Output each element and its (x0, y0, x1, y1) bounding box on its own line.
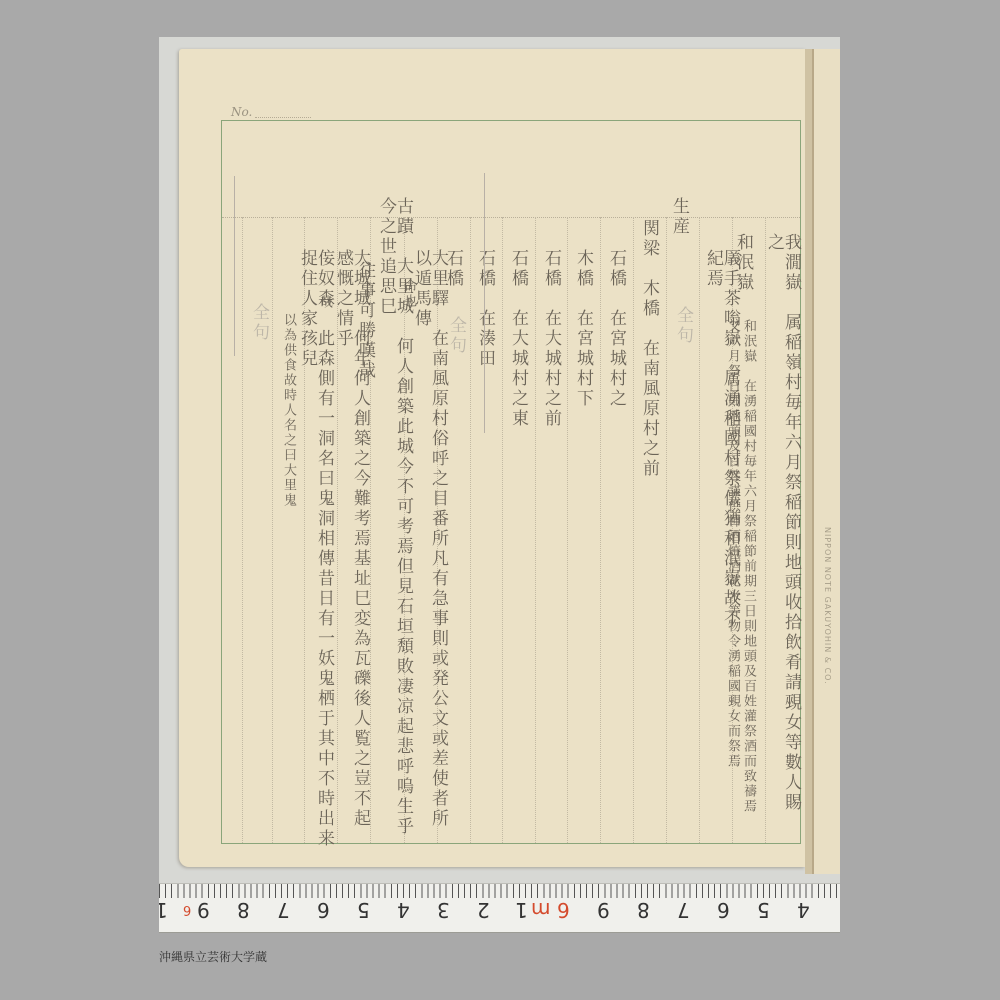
column-rule (502, 217, 503, 843)
ruler-number: 7 (277, 898, 290, 922)
ruled-frame: 我㵎嶽 属稲嶺村毎年六月祭稲節則地頭收拾飲肴請覡女等數人賜之 和泯嶽 和泯嶽 在… (221, 120, 801, 844)
ruler-number: 6 (317, 898, 330, 922)
text-column: 大里驛 在南風原村俗呼之目番所凡有急事則或発公文或差使者所以遁馬傳 (412, 249, 446, 829)
ruler-number: 9 (597, 898, 610, 922)
text-column: 㕒手茶嗡嶽 属湧稲國村祭儀猶和泯嶽故不紀焉 (704, 249, 738, 629)
ruler-number: 1 (515, 898, 528, 922)
ruler-number: 8 (637, 898, 650, 922)
page-number-line (255, 117, 311, 118)
text-column: 石橋 在宮城村之 (607, 249, 624, 449)
text-column: 侫奴森 此森側有一洞名曰鬼洞相傳昔日有一妖鬼栖于其中不時出来捉住人家孩兒 (298, 249, 332, 849)
text-column: 石橋 在大城村之東 (509, 249, 526, 449)
ruler-number: 6 (717, 898, 730, 922)
pencil-note: 全句 (447, 316, 464, 376)
pencil-note: 全句 (250, 303, 267, 363)
pencil-bracket (484, 173, 485, 433)
section-heading: 生産 (670, 197, 687, 257)
text-column: 石橋 在大城村之前 (542, 249, 559, 449)
column-rule (535, 217, 536, 843)
column-rule (666, 217, 667, 843)
ruler-number: 7 (677, 898, 690, 922)
printer-imprint: NIPPON NOTE GAKUYOHIN & CO. (823, 527, 832, 685)
text-column: 古蹟 大里城 何人創築此城今不可考焉但見石垣頽敗凄凉起悲呼嗚生乎今之世追思巳 (377, 197, 411, 837)
column-rule (600, 217, 601, 843)
text-column: 木橋 在宮城村下 (574, 249, 591, 449)
text-column: 和泯嶽 在湧稲國村毎年六月祭稲節前期三日則地頭及百姓灌祭酒而致禱焉 (742, 319, 755, 839)
pencil-note: 全句 (674, 306, 691, 366)
column-rule (567, 217, 568, 843)
column-rule (242, 217, 243, 843)
ruler-number: 9 (197, 898, 210, 922)
measuring-ruler: 1 6 9 8 7 6 5 4 3 2 1 m 6 9 8 7 6 5 4 (159, 883, 840, 933)
ruler-number: 5 (757, 898, 770, 922)
text-column: 以為供食故時人名之曰大里鬼 (282, 313, 295, 543)
ruler-number: 2 (477, 898, 490, 922)
ruler-number: 6 (183, 902, 191, 917)
text-column: 関梁 木橋 在南風原村之前 (640, 219, 657, 479)
notebook-gutter (805, 49, 812, 874)
notebook-page: No. 我㵎嶽 属稲嶺村毎年六月祭稲節則地頭收拾飲肴請覡女等數人賜之 和 (179, 49, 805, 867)
column-rule (470, 217, 471, 843)
ruler-number: 1 (159, 898, 168, 922)
ruler-number: 4 (397, 898, 410, 922)
header-rule (222, 217, 800, 218)
ruler-number: 6 (557, 898, 570, 922)
ruler-number: 4 (797, 898, 810, 922)
collection-credit: 沖縄県立芸術大学蔵 (159, 948, 267, 965)
column-rule (633, 217, 634, 843)
column-rule (699, 217, 700, 843)
text-column: 大城城 何年何人創築之今難考焉基址巳変為瓦礫後人覧之豈不起感慨之情乎 (334, 249, 368, 839)
ruler-unit: m (531, 898, 550, 922)
ruler-number: 5 (357, 898, 370, 922)
ruler-number: 3 (437, 898, 450, 922)
ruler-ticks (159, 884, 840, 898)
ruler-number: 8 (237, 898, 250, 922)
column-rule (272, 217, 273, 843)
facing-page-edge (812, 49, 840, 874)
page-number-label: No. (231, 105, 252, 119)
pencil-bracket (234, 176, 235, 356)
document-photo: No. 我㵎嶽 属稲嶺村毎年六月祭稲節則地頭收拾飲肴請覡女等數人賜之 和 (159, 37, 840, 933)
text-column: 我㵎嶽 属稲嶺村毎年六月祭稲節則地頭收拾飲肴請覡女等數人賜之 (765, 233, 799, 813)
